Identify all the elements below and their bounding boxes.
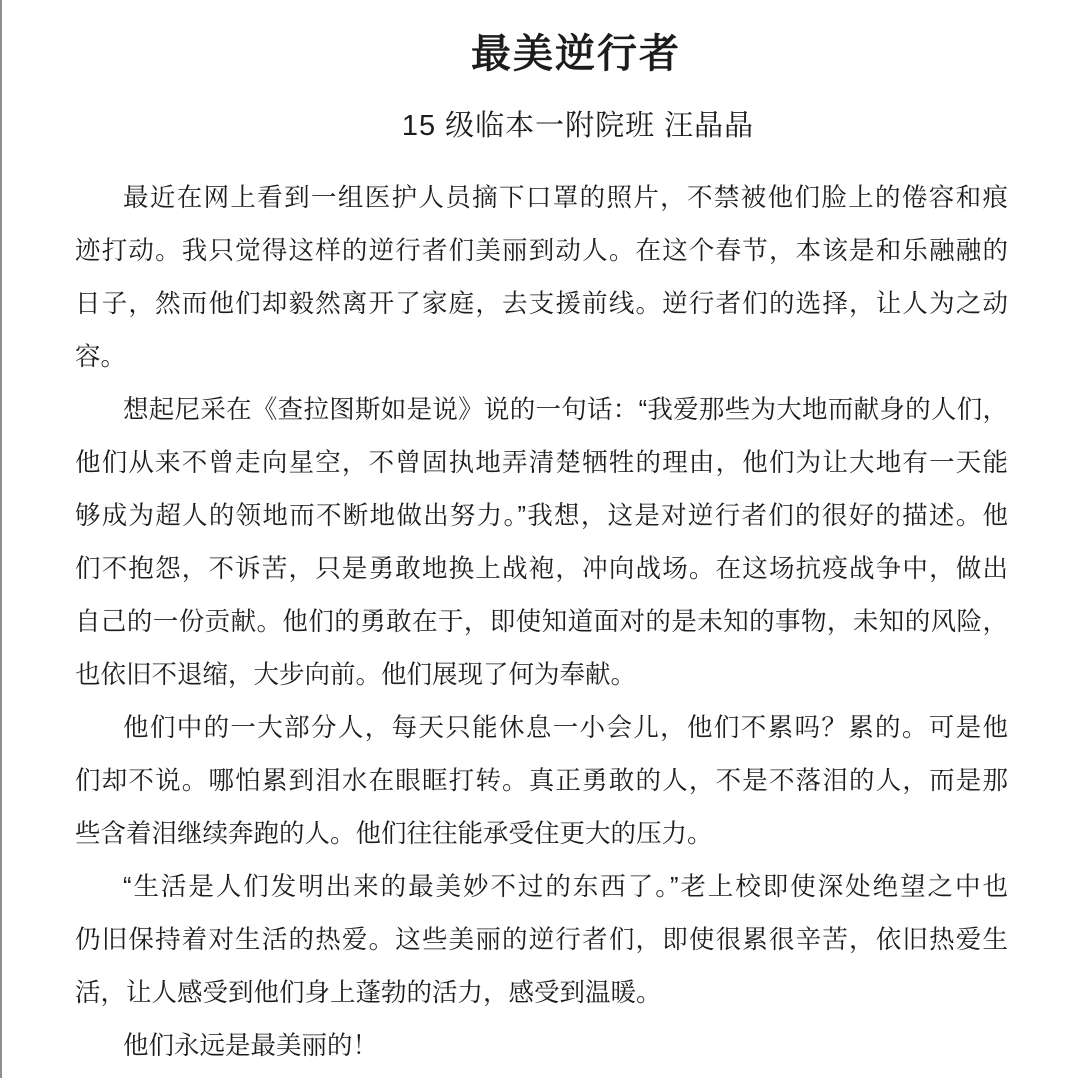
document-title: 最美逆行者 [0, 33, 1080, 75]
text-line: 够成为超人的领地而不断地做出努力。”我想，这是对逆行者们的很好的描述。他 [75, 490, 1008, 543]
paragraph: “生活是人们发明出来的最美妙不过的东西了。”老上校即使深处绝望之中也仍旧保持着对… [75, 861, 1008, 1020]
text-line: 想起尼采在《查拉图斯如是说》说的一句话：“我爱那些为大地而献身的人们， [75, 384, 1008, 437]
paragraph: 想起尼采在《查拉图斯如是说》说的一句话：“我爱那些为大地而献身的人们，他们从来不… [75, 384, 1008, 702]
text-line: 他们中的一大部分人，每天只能休息一小会儿，他们不累吗？累的。可是他 [75, 702, 1008, 755]
text-line: 些含着泪继续奔跑的人。他们往往能承受住更大的压力。 [75, 808, 1008, 861]
article-body: 最近在网上看到一组医护人员摘下口罩的照片，不禁被他们脸上的倦容和痕迹打动。我只觉… [75, 172, 1008, 1073]
text-line: 们却不说。哪怕累到泪水在眼眶打转。真正勇敢的人，不是不落泪的人，而是那 [75, 755, 1008, 808]
text-line: 们不抱怨，不诉苦，只是勇敢地换上战袍，冲向战场。在这场抗疫战争中，做出 [75, 543, 1008, 596]
text-line: 仍旧保持着对生活的热爱。这些美丽的逆行者们，即使很累很辛苦，依旧热爱生 [75, 914, 1008, 967]
text-line: 迹打动。我只觉得这样的逆行者们美丽到动人。在这个春节，本该是和乐融融的 [75, 225, 1008, 278]
text-line: 日子，然而他们却毅然离开了家庭，去支援前线。逆行者们的选择，让人为之动 [75, 278, 1008, 331]
text-line: “生活是人们发明出来的最美妙不过的东西了。”老上校即使深处绝望之中也 [75, 861, 1008, 914]
text-line: 最近在网上看到一组医护人员摘下口罩的照片，不禁被他们脸上的倦容和痕 [75, 172, 1008, 225]
author-byline: 15 级临本一附院班 汪晶晶 [0, 111, 1080, 141]
text-line: 他们永远是最美丽的！ [75, 1020, 1008, 1073]
text-line: 也依旧不退缩，大步向前。他们展现了何为奉献。 [75, 649, 1008, 702]
document-page: 最美逆行者 15 级临本一附院班 汪晶晶 最近在网上看到一组医护人员摘下口罩的照… [0, 0, 1080, 1078]
text-line: 活，让人感受到他们身上蓬勃的活力，感受到温暖。 [75, 967, 1008, 1020]
text-line: 他们从来不曾走向星空，不曾固执地弄清楚牺牲的理由，他们为让大地有一天能 [75, 437, 1008, 490]
paragraph: 他们永远是最美丽的！ [75, 1020, 1008, 1073]
paragraph: 他们中的一大部分人，每天只能休息一小会儿，他们不累吗？累的。可是他们却不说。哪怕… [75, 702, 1008, 861]
page-left-edge-line [0, 0, 2, 1078]
paragraph: 最近在网上看到一组医护人员摘下口罩的照片，不禁被他们脸上的倦容和痕迹打动。我只觉… [75, 172, 1008, 384]
text-line: 容。 [75, 331, 1008, 384]
text-line: 自己的一份贡献。他们的勇敢在于，即使知道面对的是未知的事物，未知的风险， [75, 596, 1008, 649]
